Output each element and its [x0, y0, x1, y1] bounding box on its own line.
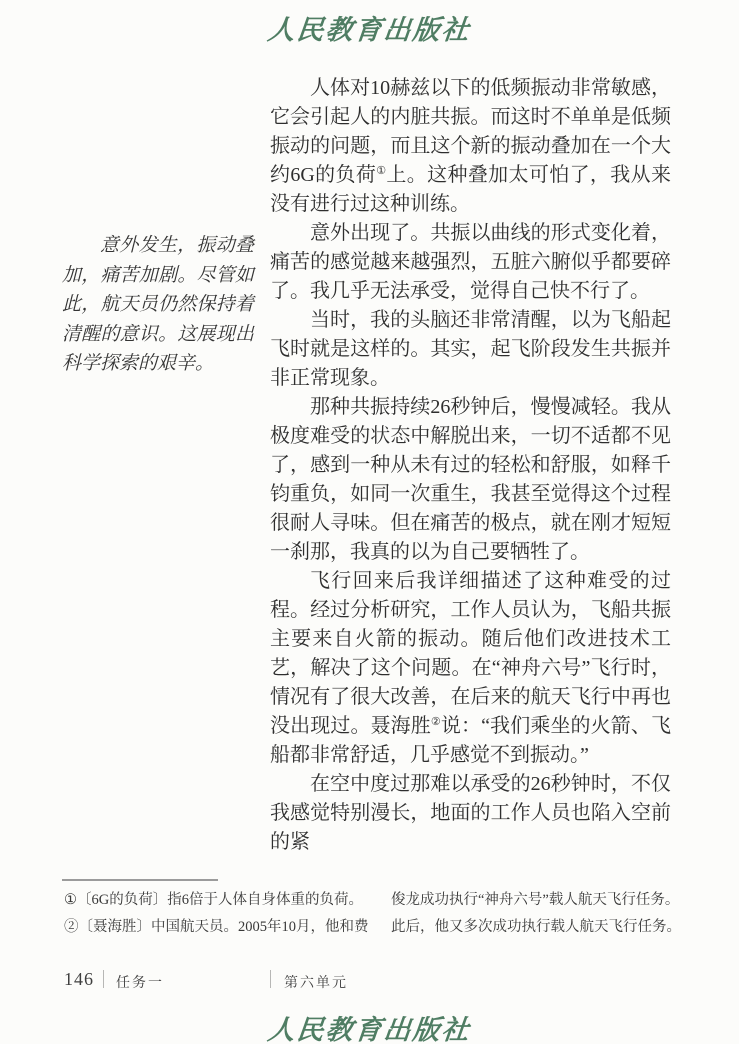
- footer-divider: [103, 970, 104, 988]
- margin-note: 意外发生，振动叠加，痛苦加剧。尽管如此，航天员仍然保持着清醒的意识。这展现出科学…: [62, 231, 254, 379]
- page-number: 146: [64, 969, 94, 990]
- page-footer: 146 任务一 第六单元: [0, 968, 739, 992]
- body-paragraph: 意外出现了。共振以曲线的形式变化着，痛苦的感觉越来越强烈，五脏六腑似乎都要碎了。…: [270, 219, 671, 306]
- footnote-line: 此后，他又多次成功执行载人航天飞行任务。: [391, 914, 696, 941]
- body-paragraph: 飞行回来后我详细描述了这种难受的过程。经过分析研究，工作人员认为，飞船共振主要来…: [270, 567, 671, 770]
- textbook-page: 人民教育出版社 意外发生，振动叠加，痛苦加剧。尽管如此，航天员仍然保持着清醒的意…: [0, 0, 739, 1044]
- publisher-logo-bottom: 人民教育出版社: [0, 1008, 739, 1044]
- footnote-separator-rule: [62, 879, 218, 881]
- publisher-logo-top: 人民教育出版社: [0, 8, 739, 47]
- footnote-line: ②〔聂海胜〕中国航天员。2005年10月，他和费: [64, 914, 394, 941]
- footer-unit-label: 第六单元: [284, 972, 348, 992]
- body-paragraph: 那种共振持续26秒钟后，慢慢减轻。我从极度难受的状态中解脱出来，一切不适都不见了…: [270, 393, 671, 567]
- body-paragraph: 人体对10赫兹以下的低频振动非常敏感，它会引起人的内脏共振。而这时不单单是低频振…: [270, 74, 671, 219]
- body-paragraph: 在空中度过那难以承受的26秒钟时，不仅我感觉特别漫长，地面的工作人员也陷入空前的…: [270, 770, 671, 857]
- body-text-column: 人体对10赫兹以下的低频振动非常敏感，它会引起人的内脏共振。而这时不单单是低频振…: [270, 74, 671, 857]
- footnote-line: ①〔6G的负荷〕指6倍于人体自身体重的负荷。: [64, 887, 394, 914]
- footnote-column-right: 俊龙成功执行“神舟六号”载人航天飞行任务。 此后，他又多次成功执行载人航天飞行任…: [391, 887, 696, 941]
- footnote-line: 俊龙成功执行“神舟六号”载人航天飞行任务。: [391, 887, 696, 914]
- footer-task-label: 任务一: [116, 972, 164, 992]
- body-paragraph: 当时，我的头脑还非常清醒，以为飞船起飞时就是这样的。其实，起飞阶段发生共振并非正…: [270, 306, 671, 393]
- footnote-column-left: ①〔6G的负荷〕指6倍于人体自身体重的负荷。 ②〔聂海胜〕中国航天员。2005年…: [64, 887, 394, 941]
- footer-divider: [270, 970, 271, 988]
- footnote-ref-icon: ②: [431, 716, 441, 728]
- footnote-ref-icon: ①: [376, 165, 386, 177]
